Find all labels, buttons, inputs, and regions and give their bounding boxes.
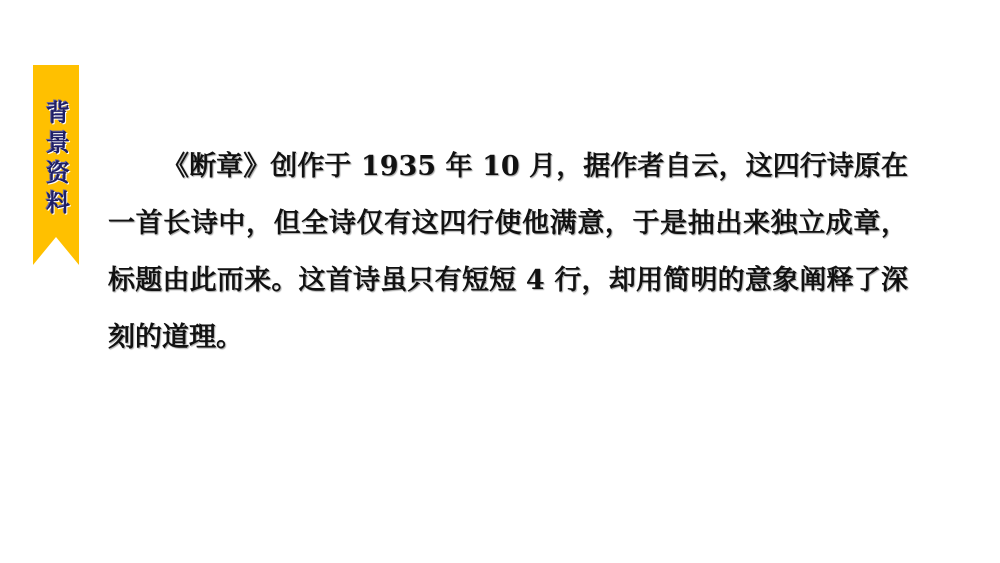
ribbon-label-container: 背景资料 (33, 85, 79, 235)
background-info-text: 《断章》创作于 1935 年 10 月，据作者自云，这四行诗原在一首长诗中，但全… (108, 138, 908, 366)
ribbon-label: 背景资料 (39, 100, 74, 220)
paragraph: 《断章》创作于 1935 年 10 月，据作者自云，这四行诗原在一首长诗中，但全… (108, 138, 908, 366)
